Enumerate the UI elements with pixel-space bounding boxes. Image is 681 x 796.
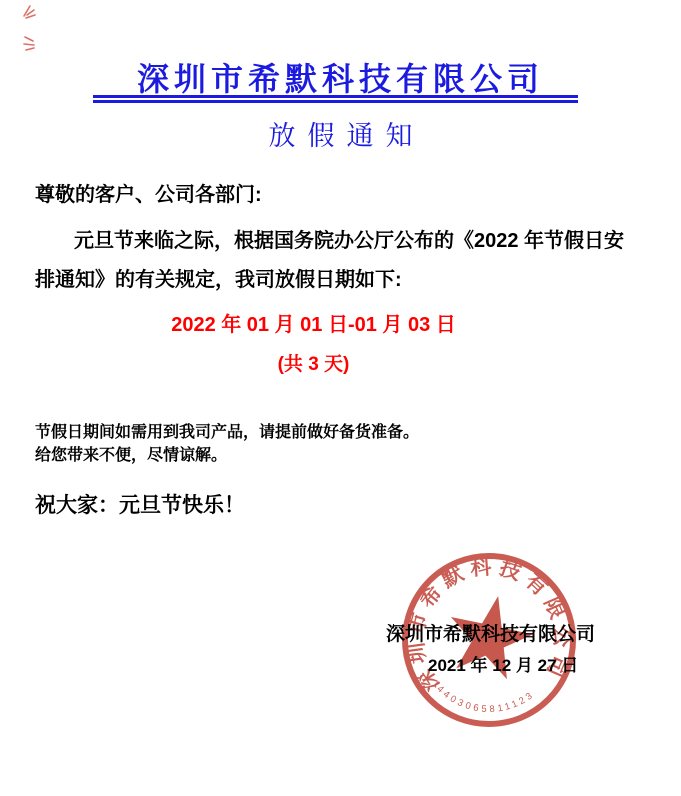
red-stroke-mark-icon xyxy=(22,2,38,20)
holiday-notice-document: 深圳市希默科技有限公司 放假通知 尊敬的客户、公司各部门: 元旦节来临之际，根据… xyxy=(0,0,681,796)
holiday-duration: (共 3 天) xyxy=(0,349,627,376)
holiday-dates: 2022 年 01 月 01 日-01 月 03 日 xyxy=(0,308,627,337)
seal-serial-number: 4403065811123 xyxy=(434,684,537,716)
signature-company: 深圳市希默科技有限公司 xyxy=(386,619,595,646)
paragraph-line-1: 元旦节来临之际，根据国务院办公厅公布的《2022 年节假日安 xyxy=(74,224,624,253)
svg-text:4403065811123: 4403065811123 xyxy=(434,684,537,716)
note-line-2: 给您带来不便，尽情谅解。 xyxy=(35,442,227,465)
signature-date: 2021 年 12 月 27 日 xyxy=(428,651,578,676)
title-double-underline xyxy=(93,95,578,103)
greeting-line: 尊敬的客户、公司各部门: xyxy=(35,178,262,207)
red-stroke-mark-icon xyxy=(22,34,38,52)
notice-subtitle: 放假通知 xyxy=(0,114,681,153)
wish-line: 祝大家：元旦节快乐！ xyxy=(35,489,245,519)
note-line-1: 节假日期间如需用到我司产品，请提前做好备货准备。 xyxy=(35,419,419,442)
company-title: 深圳市希默科技有限公司 xyxy=(0,54,681,100)
paragraph-line-2: 排通知》的有关规定，我司放假日期如下: xyxy=(35,263,402,292)
